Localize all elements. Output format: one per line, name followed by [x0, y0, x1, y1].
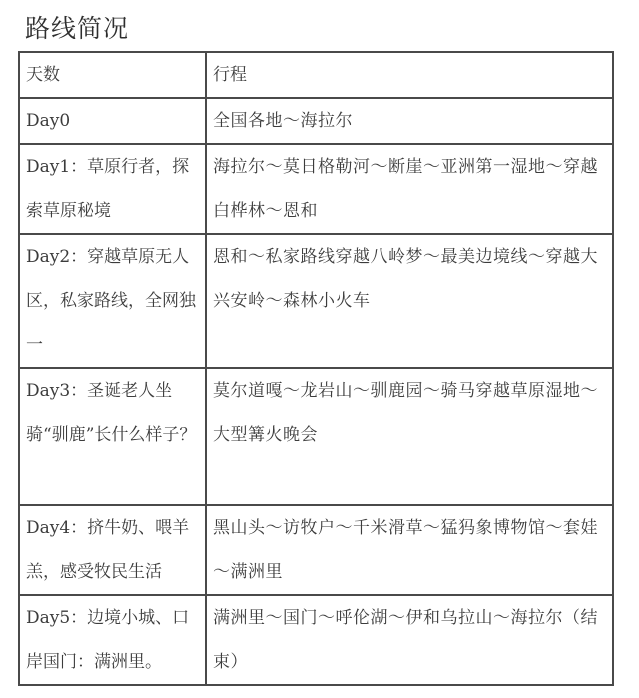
- table-row: Day4：挤牛奶、喂羊羔，感受牧民生活 黑山头～访牧户～千米滑草～猛犸象博物馆～…: [19, 505, 613, 595]
- day-text: Day0: [26, 99, 199, 143]
- day-cell: Day5：边境小城、口岸国门：满洲里。: [19, 595, 206, 685]
- route-text: 海拉尔～莫日格勒河～断崖～亚洲第一湿地～穿越白桦林～恩和: [213, 145, 606, 233]
- day-text: Day2：穿越草原无人区，私家路线，全网独一: [26, 235, 199, 367]
- page-title: 路线简况: [25, 14, 129, 44]
- day-text: Day5：边境小城、口岸国门：满洲里。: [26, 596, 199, 684]
- header-day: 天数: [19, 52, 206, 98]
- day-cell: Day3：圣诞老人坐骑“驯鹿”长什么样子？: [19, 368, 206, 505]
- table-header-row: 天数 行程: [19, 52, 613, 98]
- header-route: 行程: [206, 52, 613, 98]
- day-cell: Day0: [19, 98, 206, 144]
- route-cell: 莫尔道嘎～龙岩山～驯鹿园～骑马穿越草原湿地～大型篝火晚会: [206, 368, 613, 505]
- route-text: 全国各地～海拉尔: [213, 99, 606, 143]
- header-route-label: 行程: [213, 53, 606, 97]
- day-text: Day4：挤牛奶、喂羊羔，感受牧民生活: [26, 506, 199, 594]
- route-cell: 海拉尔～莫日格勒河～断崖～亚洲第一湿地～穿越白桦林～恩和: [206, 144, 613, 234]
- route-cell: 满洲里～国门～呼伦湖～伊和乌拉山～海拉尔（结束）: [206, 595, 613, 685]
- route-text: 莫尔道嘎～龙岩山～驯鹿园～骑马穿越草原湿地～大型篝火晚会: [213, 369, 606, 457]
- route-table: 天数 行程 Day0 全国各地～海拉尔 Day1：草原行者，探索草原秘境 海拉尔…: [18, 51, 614, 686]
- day-cell: Day2：穿越草原无人区，私家路线，全网独一: [19, 234, 206, 368]
- day-cell: Day4：挤牛奶、喂羊羔，感受牧民生活: [19, 505, 206, 595]
- day-text: Day3：圣诞老人坐骑“驯鹿”长什么样子？: [26, 369, 199, 457]
- route-cell: 黑山头～访牧户～千米滑草～猛犸象博物馆～套娃～满洲里: [206, 505, 613, 595]
- route-text: 黑山头～访牧户～千米滑草～猛犸象博物馆～套娃～满洲里: [213, 506, 606, 594]
- table-row: Day3：圣诞老人坐骑“驯鹿”长什么样子？ 莫尔道嘎～龙岩山～驯鹿园～骑马穿越草…: [19, 368, 613, 505]
- table-row: Day5：边境小城、口岸国门：满洲里。 满洲里～国门～呼伦湖～伊和乌拉山～海拉尔…: [19, 595, 613, 685]
- day-text: Day1：草原行者，探索草原秘境: [26, 145, 199, 233]
- table-row: Day1：草原行者，探索草原秘境 海拉尔～莫日格勒河～断崖～亚洲第一湿地～穿越白…: [19, 144, 613, 234]
- route-cell: 恩和～私家路线穿越八岭梦～最美边境线～穿越大兴安岭～森林小火车: [206, 234, 613, 368]
- table-row: Day2：穿越草原无人区，私家路线，全网独一 恩和～私家路线穿越八岭梦～最美边境…: [19, 234, 613, 368]
- route-text: 恩和～私家路线穿越八岭梦～最美边境线～穿越大兴安岭～森林小火车: [213, 235, 606, 323]
- route-text: 满洲里～国门～呼伦湖～伊和乌拉山～海拉尔（结束）: [213, 596, 606, 684]
- table-row: Day0 全国各地～海拉尔: [19, 98, 613, 144]
- route-cell: 全国各地～海拉尔: [206, 98, 613, 144]
- header-day-label: 天数: [26, 53, 199, 97]
- day-cell: Day1：草原行者，探索草原秘境: [19, 144, 206, 234]
